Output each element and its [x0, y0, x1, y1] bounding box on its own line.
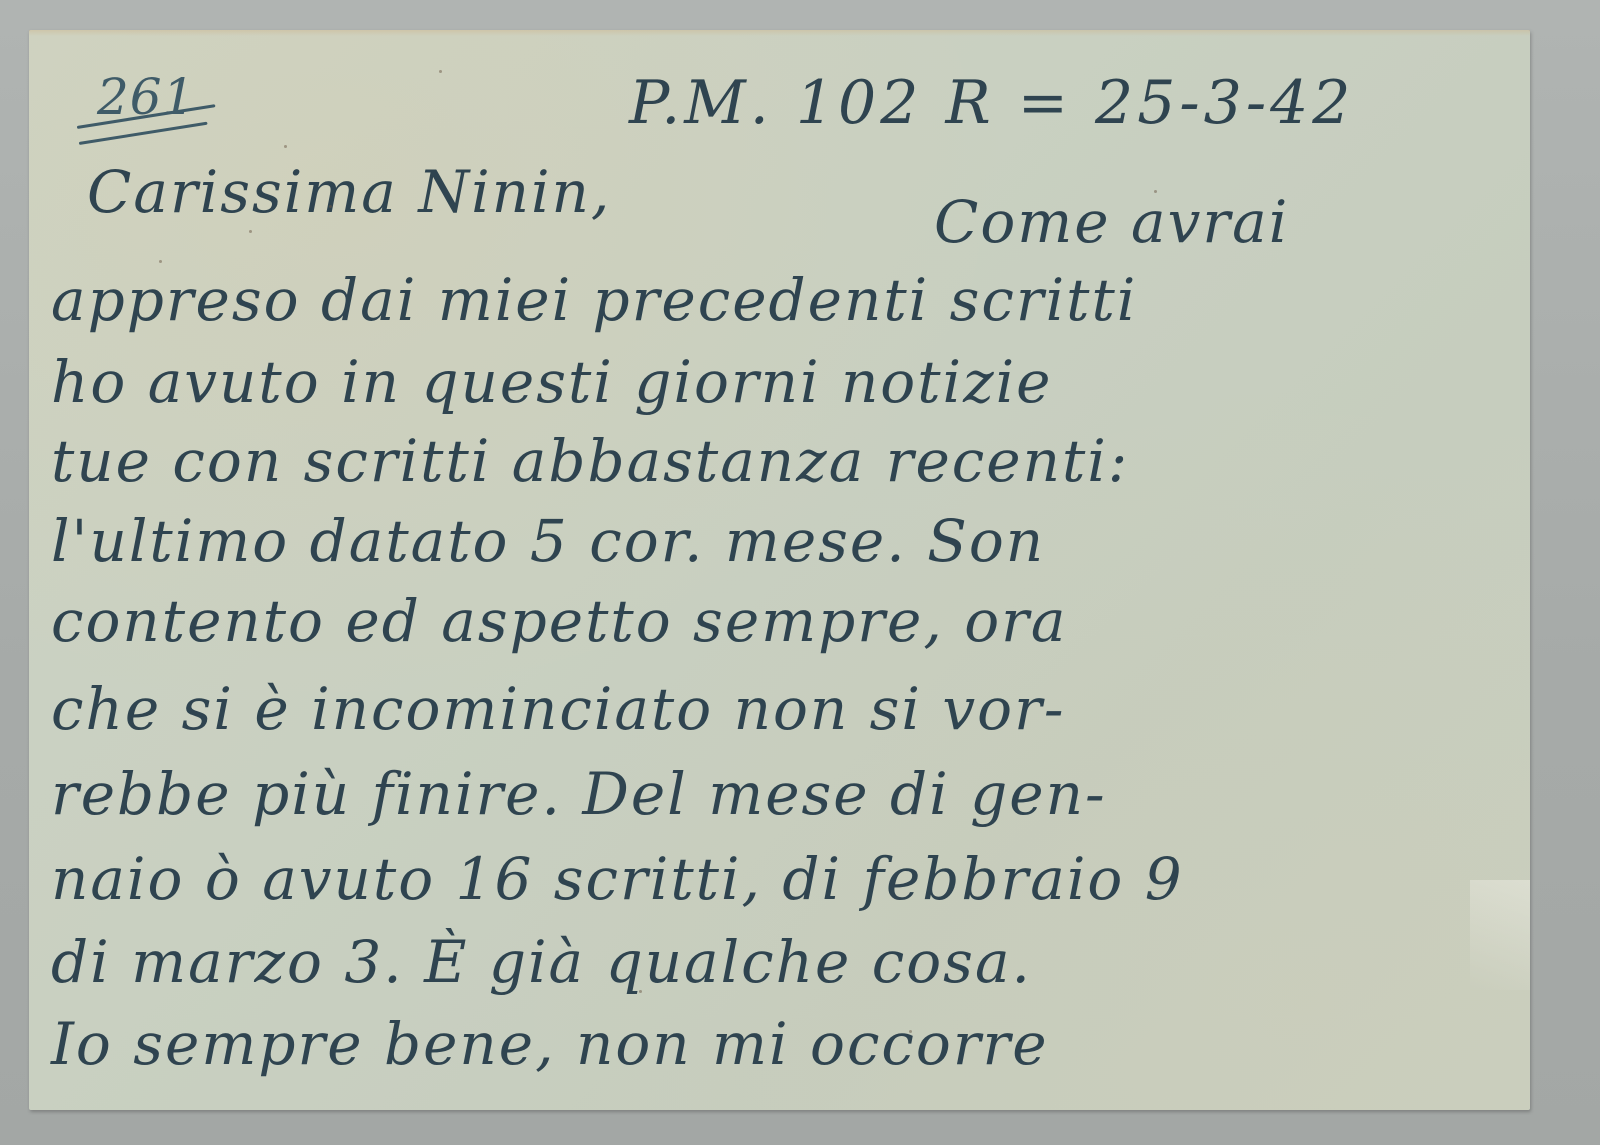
letter-line: ho avuto in questi giorni notizie [51, 348, 1053, 416]
letter-line: naio ò avuto 16 scritti, di febbraio 9 [51, 845, 1184, 913]
letter-line: Io sempre bene, non mi occorre [51, 1010, 1049, 1078]
letter-line: contento ed aspetto sempre, ora [51, 587, 1067, 655]
letter-line: tue con scritti abbastanza recenti: [51, 427, 1129, 495]
letter-line: Come avrai [934, 188, 1289, 256]
postmark-header: P.M. 102 R = 25-3-42 [629, 68, 1354, 138]
letter-line: l'ultimo datato 5 cor. mese. Son [51, 507, 1045, 575]
letter-line: rebbe più finire. Del mese di gen- [51, 760, 1107, 828]
postcard: 261 P.M. 102 R = 25-3-42 Carissima Ninin… [29, 30, 1530, 1110]
salutation: Carissima Ninin, [87, 158, 611, 226]
letter-line: appreso dai miei precedenti scritti [51, 266, 1137, 334]
letter-line: di marzo 3. È già qualche cosa. [51, 928, 1032, 996]
letter-line: che si è incominciato non si vor- [51, 675, 1065, 743]
paper-crease [1470, 880, 1530, 990]
